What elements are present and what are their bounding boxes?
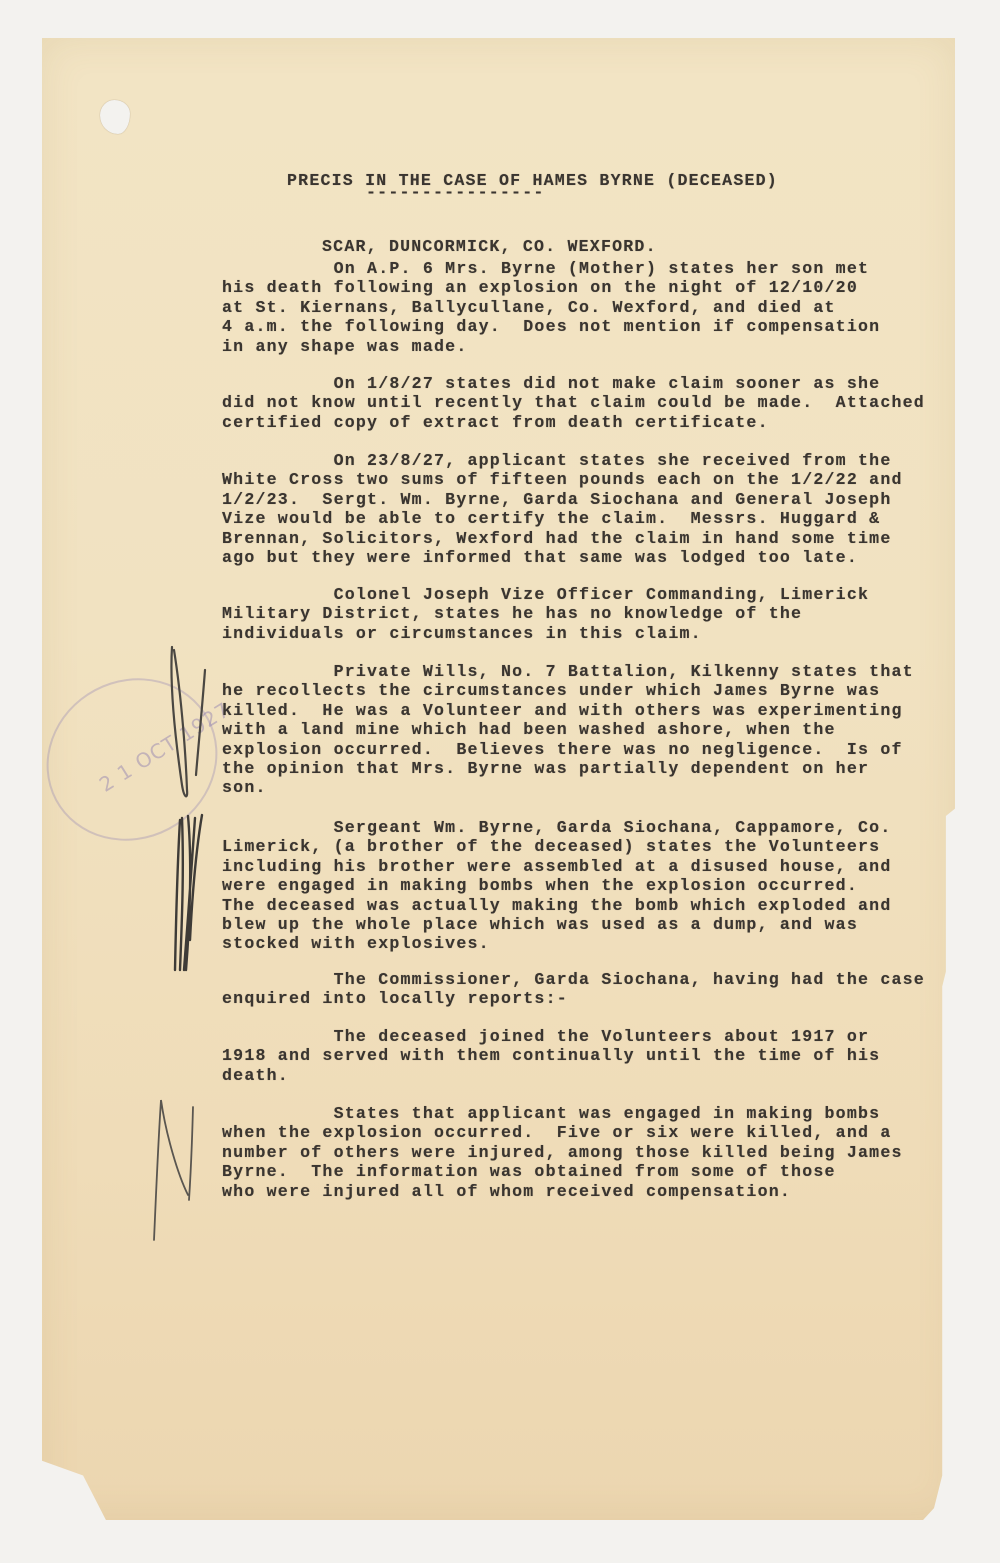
text-line: States that applicant was engaged in mak… — [222, 1104, 903, 1123]
text-line: he recollects the circumstances under wh… — [222, 681, 914, 700]
paragraph: Colonel Joseph Vize Officer Commanding, … — [222, 585, 869, 643]
title-divider: ---------------- — [366, 183, 545, 202]
text-line: with a land mine which had been washed a… — [222, 720, 914, 739]
text-line: White Cross two sums of fifteen pounds e… — [222, 470, 903, 489]
paragraph: Sergeant Wm. Byrne, Garda Siochana, Capp… — [222, 818, 891, 954]
text-line: blew up the whole place which was used a… — [222, 915, 891, 934]
document-title: PRECIS IN THE CASE OF HAMES BYRNE (DECEA… — [287, 126, 778, 280]
text-line: The Commissioner, Garda Siochana, having… — [222, 970, 925, 989]
text-line: number of others were injured, among tho… — [222, 1143, 903, 1162]
text-line: in any shape was made. — [222, 337, 880, 356]
text-line: ago but they were informed that same was… — [222, 548, 903, 567]
text-line: Military District, states he has no know… — [222, 604, 869, 623]
pencil-mark-icon — [150, 1095, 210, 1245]
text-line: stocked with explosives. — [222, 934, 891, 953]
paragraph: The deceased joined the Volunteers about… — [222, 1027, 880, 1085]
text-line: individuals or circumstances in this cla… — [222, 624, 869, 643]
text-line: 1918 and served with them continually un… — [222, 1046, 880, 1065]
paragraph: Private Wills, No. 7 Battalion, Kilkenny… — [222, 662, 914, 798]
text-line: 4 a.m. the following day. Does not menti… — [222, 317, 880, 336]
text-line: were engaged in making bombs when the ex… — [222, 876, 891, 895]
text-line: did not know until recently that claim c… — [222, 393, 925, 412]
text-line: Sergeant Wm. Byrne, Garda Siochana, Capp… — [222, 818, 891, 837]
pencil-mark-icon — [170, 810, 220, 975]
text-line: death. — [222, 1066, 880, 1085]
text-line: killed. He was a Volunteer and with othe… — [222, 701, 914, 720]
text-line: son. — [222, 778, 914, 797]
title-line-2: SCAR, DUNCORMICK, CO. WEXFORD. — [287, 236, 778, 258]
pencil-mark-icon — [160, 640, 220, 810]
text-line: Brennan, Solicitors, Wexford had the cla… — [222, 529, 903, 548]
text-line: Private Wills, No. 7 Battalion, Kilkenny… — [222, 662, 914, 681]
paragraph: States that applicant was engaged in mak… — [222, 1104, 903, 1201]
text-line: On A.P. 6 Mrs. Byrne (Mother) states her… — [222, 259, 880, 278]
text-line: at St. Kiernans, Ballycullane, Co. Wexfo… — [222, 298, 880, 317]
text-line: his death following an explosion on the … — [222, 278, 880, 297]
text-line: 1/2/23. Sergt. Wm. Byrne, Garda Siochana… — [222, 490, 903, 509]
paragraph: On A.P. 6 Mrs. Byrne (Mother) states her… — [222, 259, 880, 356]
text-line: when the explosion occurred. Five or six… — [222, 1123, 903, 1142]
text-line: including his brother were assembled at … — [222, 857, 891, 876]
paragraph: On 23/8/27, applicant states she receive… — [222, 451, 903, 567]
text-line: explosion occurred. Believes there was n… — [222, 740, 914, 759]
text-line: enquired into locally reports:- — [222, 989, 925, 1008]
text-line: Byrne. The information was obtained from… — [222, 1162, 903, 1181]
text-line: The deceased was actually making the bom… — [222, 896, 891, 915]
text-line: Limerick, (a brother of the deceased) st… — [222, 837, 891, 856]
paragraph: On 1/8/27 states did not make claim soon… — [222, 374, 925, 432]
text-line: certified copy of extract from death cer… — [222, 413, 925, 432]
text-line: the opinion that Mrs. Byrne was partiall… — [222, 759, 914, 778]
text-line: On 1/8/27 states did not make claim soon… — [222, 374, 925, 393]
text-line: On 23/8/27, applicant states she receive… — [222, 451, 903, 470]
text-line: Vize would be able to certify the claim.… — [222, 509, 903, 528]
text-line: The deceased joined the Volunteers about… — [222, 1027, 880, 1046]
text-line: Colonel Joseph Vize Officer Commanding, … — [222, 585, 869, 604]
text-line: who were injured all of whom received co… — [222, 1182, 903, 1201]
paragraph: The Commissioner, Garda Siochana, having… — [222, 970, 925, 1009]
